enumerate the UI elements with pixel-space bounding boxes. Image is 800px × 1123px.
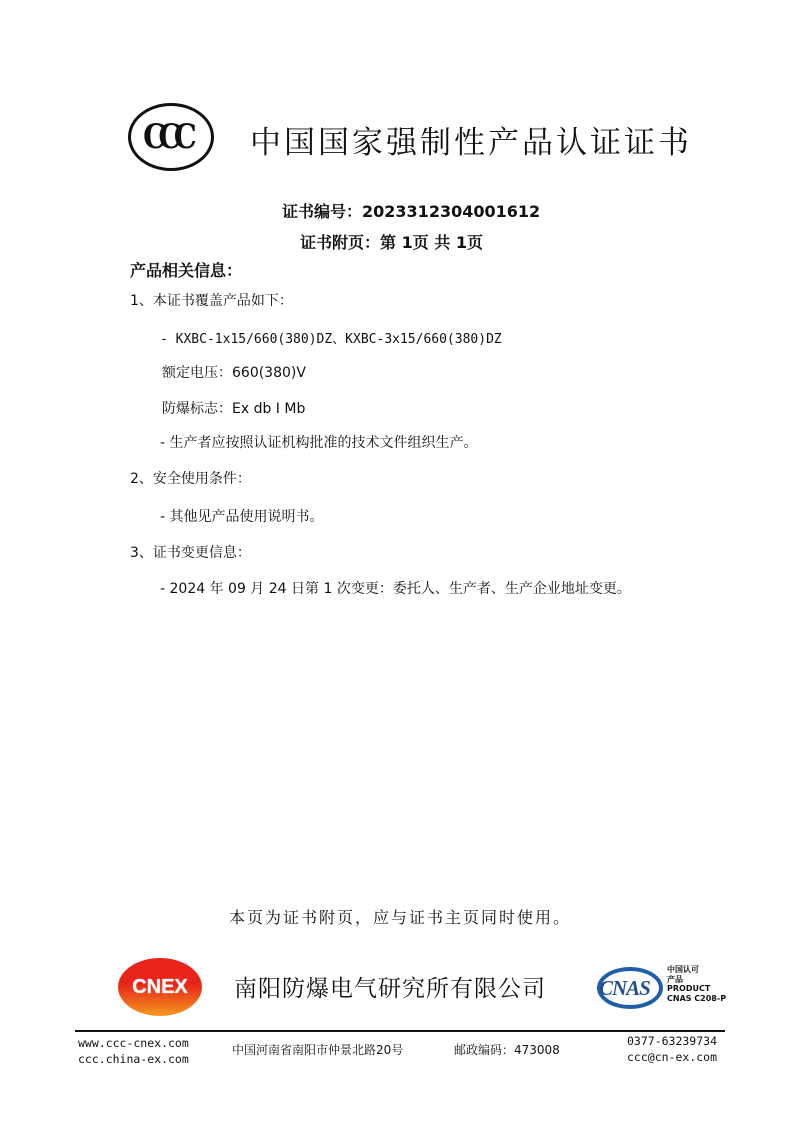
product-models: - KXBC-1x15/660(380)DZ、KXBC-3x15/660(380… (160, 328, 502, 347)
cnas-line2: 产品 (667, 975, 726, 985)
certificate-number-value: 2023312304001612 (362, 202, 540, 221)
certificate-page-info: 证书附页：第 1页 共 1页 (300, 230, 483, 253)
footer-divider (75, 1030, 725, 1032)
certificate-number-label: 证书编号： (282, 202, 362, 221)
cnas-line1: 中国认可 (667, 965, 726, 975)
cnex-logo: CNEX (118, 958, 202, 1016)
cnas-line4: CNAS C208-P (667, 994, 726, 1004)
cnas-logo-text: CNAS (599, 976, 650, 1001)
cnas-label: 中国认可 产品 PRODUCT CNAS C208-P (667, 965, 726, 1003)
rated-voltage: 额定电压：660(380)V (162, 362, 306, 382)
item2-text: - 其他见产品使用说明书。 (160, 506, 324, 526)
postcode: 邮政编码：473008 (454, 1041, 560, 1058)
item3-text: - 2024 年 09 月 24 日第 1 次变更：委托人、生产者、生产企业地址… (160, 578, 631, 598)
cnas-line3: PRODUCT (667, 984, 726, 994)
item3-heading: 3、证书变更信息： (130, 542, 251, 562)
website-1[interactable]: www.ccc-cnex.com (78, 1036, 189, 1050)
address: 中国河南省南阳市仲景北路20号 (232, 1041, 403, 1058)
email[interactable]: ccc@cn-ex.com (627, 1050, 717, 1064)
ccc-logo: CCC (128, 103, 214, 171)
website-2[interactable]: ccc.china-ex.com (78, 1052, 189, 1066)
explosion-proof-mark: 防爆标志：Ex db I Mb (162, 398, 305, 418)
document-title: 中国国家强制性产品认证证书 (250, 117, 692, 162)
cnex-logo-text: CNEX (132, 976, 188, 999)
production-note: - 生产者应按照认证机构批准的技术文件组织生产。 (160, 432, 478, 452)
phone: 0377-63239734 (627, 1034, 717, 1048)
appendix-note: 本页为证书附页，应与证书主页同时使用。 (0, 905, 800, 928)
certificate-number: 证书编号：2023312304001612 (282, 199, 540, 222)
company-name: 南阳防爆电气研究所有限公司 (234, 970, 546, 1003)
ccc-logo-text: CCC (143, 117, 189, 157)
item2-heading: 2、安全使用条件： (130, 468, 251, 488)
item1-heading: 1、本证书覆盖产品如下： (130, 290, 293, 310)
section-title: 产品相关信息： (130, 258, 242, 281)
